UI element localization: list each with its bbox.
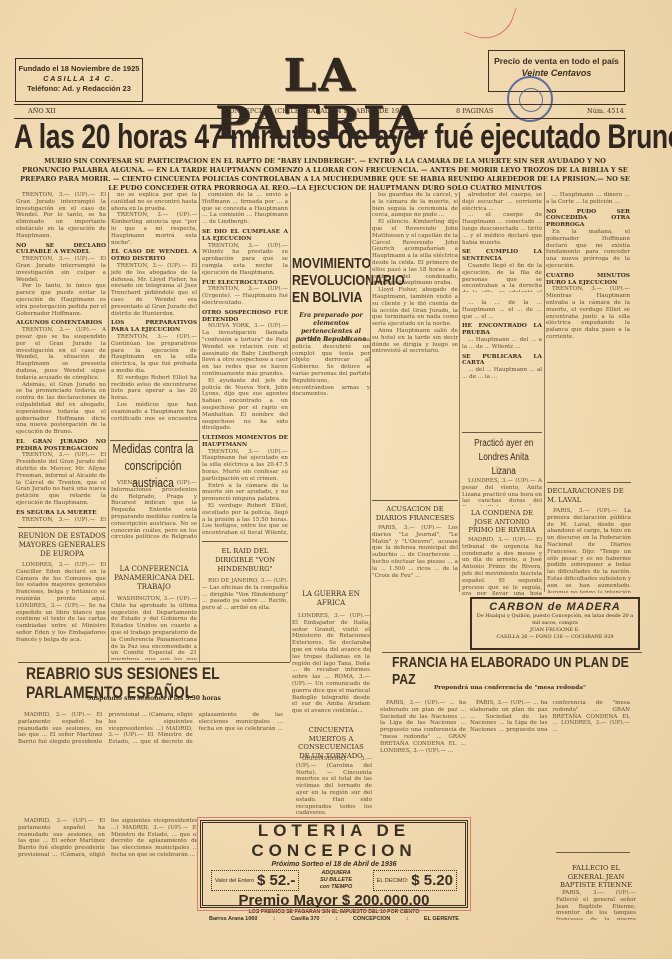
subheading: ULTIMOS MOMENTOS DE HAUPTMANN [202, 435, 288, 449]
bolivia-headline: MOVIMIENTO REVOLUCIONARIO EN BOLIVIA [292, 255, 374, 306]
carbon-contact: CASILLA 26 — FONO 136 — COCHRANE 829 [472, 634, 638, 641]
paragraph: TRENTON, 3.— (UP).— Continúan los prepar… [111, 334, 197, 375]
paragraph: TRENTON, 3.— (UP).— Wilentz ha prestado … [202, 243, 288, 277]
dateline: CONCEPCION (CHILE), SABADO 4 DE ABRIL DE… [224, 105, 408, 118]
po-box: CASILLA 14 C. [16, 74, 142, 84]
lead-headline: A las 20 horas 47 minutos de ayer fué ej… [14, 118, 496, 156]
primo-body: MADRID, 3.— (UP).— El tribunal de urgenc… [462, 537, 542, 595]
paragraph: TRENTON, 3.— (UP).— El Fiscal Hauck, int… [16, 517, 106, 522]
lottery-title: LOTERIA DE CONCEPCION [203, 821, 465, 861]
red-pencil-mark [464, 0, 517, 47]
etienne-body: PARIS, 3.— (UP).— Falleció el general se… [556, 890, 636, 920]
entero-label: Valor del Entero [215, 878, 254, 884]
decimo-price-box: EL DECIMO: $ 5.20 [373, 870, 457, 891]
column-1: TRENTON, 3.— (UP).— El Gran Jurado inter… [16, 192, 106, 522]
paragraph: El verdugo Robert Elliot ha recibido avi… [111, 375, 197, 402]
section-rule [462, 432, 542, 433]
francia-headline: FRANCIA HA ELABORADO UN PLAN DE PAZ [392, 655, 638, 688]
column-2: no se explica por qué la cantidad no se … [111, 192, 197, 420]
reunion-body: LONDRES, 3.— (UP).— El Canciller Eden de… [16, 562, 106, 662]
column-rule [544, 192, 545, 592]
subheading: HE ENCONTRADO LA PRUEBA [462, 323, 542, 337]
decimo-value: $ 5.20 [411, 872, 453, 889]
francia-subhead: Propondrá una conferencia de "mesa redon… [380, 685, 640, 691]
subheading: NO SE DECLARO CULPABLE A WENDEL [16, 243, 106, 257]
subheading: NO PUDO SER CONCEDIDA OTRA PRORROGA [546, 209, 630, 229]
paragraph: TRENTON, 3.— (UP).— El jefe de los aboga… [111, 263, 197, 317]
price-box: Precio de venta en todo el país Veinte C… [488, 50, 625, 92]
anita-headline: Practicó ayer en Londres Anita Lizana [466, 437, 541, 479]
section-rule [18, 662, 290, 663]
paragraph: Entró a la cámara de la muerte sin ser a… [202, 483, 288, 503]
column-3: comisión de la ... envió a Hoffmann ... … [202, 192, 288, 537]
price-amount: Veinte Centavos [489, 67, 624, 79]
paragraph: Los médicos que han examinado a Hauptman… [111, 402, 197, 420]
hindenburg-headline: EL RAID DEL DIRIGIBLE "VON HINDENBURG" [202, 547, 288, 574]
subheading: OTRO SOSPECHOSO FUE DETENIDO [202, 310, 288, 324]
founded-info-box: Fundado el 18 Noviembre de 1925 CASILLA … [15, 58, 143, 102]
section-rule [18, 527, 106, 528]
carbon-seller: JUAN FRUGONE E. [472, 627, 638, 634]
francia-body-left: PARIS, 3.— (UP).— ... ha elaborado un pl… [380, 700, 466, 815]
subheading: SE DIO EL CUMPLASE A LA EJECUCION [202, 229, 288, 243]
paragraph: TRENTON, 3.— (UP).— El Gran Jurado inter… [16, 256, 106, 283]
column-5: alrededor del cuerpo, se dejó escuchar .… [462, 192, 542, 292]
paragraph: TRENTON, 3.— (UP).— A pesar que se ha su… [16, 327, 106, 381]
acusacion-headline: ACUSACION DE DIARIOS FRANCESES [372, 505, 458, 522]
issue-number: Núm. 4514 [587, 105, 624, 118]
paragraph: alrededor del cuerpo, se dejó escuchar .… [462, 192, 542, 212]
tornado-body: GREENSBORO, 3.— (UP).— (Carolina del Nor… [296, 756, 372, 816]
guerra-body: LONDRES, 3.— (UP).— El Embajador de Ital… [292, 613, 370, 725]
paragraph: NUEVA YORK, 3.— (UP).— La investigación … [202, 323, 288, 377]
entero-price-box: Valor del Entero $ 52.- [211, 870, 299, 891]
paragraph: ... del ... Hauptmann ... al ... de ... … [462, 367, 542, 381]
paragraph: no se explica por qué la cantidad no se … [111, 192, 197, 212]
paragraph: El verdugo Robert Elliot, escoltado por … [202, 503, 288, 537]
paragraph: El ayudante del jefe de policía de Nueva… [202, 378, 288, 432]
paragraph: comisión de la ... envió a Hoffmann ... … [202, 192, 288, 226]
paragraph: ... la ... de la ... Hauptmann ... el ..… [462, 300, 542, 320]
paragraph: los guardias de la cárcel, y a la cámara… [372, 192, 458, 219]
section-rule [382, 652, 642, 653]
subheading: EL GRAN JURADO NO PEDIRA POSTERGACION [16, 439, 106, 453]
buy-early-notice: ADQUIERA SU BILLETE con TIEMPO [320, 870, 352, 891]
etienne-headline: FALLECIO EL GENERAL JEAN BAPTISTE ETIENN… [556, 864, 636, 890]
paragraph: TRENTON, 3.— (UP).— El Presidente del Gr… [16, 452, 106, 506]
subheading: SE CUMPLIO LA SENTENCIA [462, 249, 542, 263]
column-rule [459, 192, 460, 592]
decimo-label: EL DECIMO: [377, 878, 409, 884]
column-rule [370, 192, 371, 652]
subheading: ES SEGURA LA MUERTE [16, 510, 106, 517]
paragraph: Además, el Gran Jurado no se ha pronunci… [16, 382, 106, 436]
paragraph: ... Hauptmann ... del ... a la ... de ..… [462, 337, 542, 351]
paragraph: ... Hauptmann ... dinero ... a la Corte … [546, 192, 630, 206]
entero-value: $ 52.- [257, 872, 295, 889]
parlamento-subhead: Suspendió sus sesiones a las 5.30 horas [18, 696, 290, 703]
section-rule [202, 541, 288, 542]
paragraph: TRENTON, 3.— (UP).— Hauptmann fué ejecut… [202, 449, 288, 483]
parlamento-body-cont: MADRID, 3.— (UP).— El parlamento español… [18, 818, 198, 953]
medidas-body: VIENA, 3.— (UP).— Informaciones proceden… [111, 480, 197, 540]
subheading: CUATRO MINUTOS DURO LA EJECUCION [546, 273, 630, 287]
paragraph: Lloyd Fisher, abogado de Hauptmann, tamb… [372, 287, 458, 328]
paragraph: Anna Hauptmann salió de su hotel en la t… [372, 328, 458, 355]
paragraph: TRENTON, 3.— (UP).— Kimberling anuncia q… [111, 212, 197, 246]
tornado-headline: CINCUENTA MUERTOS A CONSECUENCIAS DE UN … [292, 726, 370, 760]
section-rule [547, 482, 631, 483]
info-bar: AÑO XII CONCEPCION (CHILE), SABADO 4 DE … [14, 104, 626, 119]
subheading: SE PUBLICARA LA CARTA [462, 354, 542, 368]
conferencia-body: WASHINGTON, 3.— (UP).— Chile ha aprobado… [111, 596, 197, 660]
carbon-title: CARBON de MADERA [472, 601, 638, 613]
paragraph: TRENTON, 3.— (UP).— Mientras Hauptmann e… [546, 286, 630, 340]
telephone: Teléfono: Ad. y Redacción 23 [16, 84, 142, 94]
subheading: LOS PREPARATIVOS PARA LA EJECUCION [111, 320, 197, 334]
bolivia-body: LA PAZ, 3.— (UP).— La policía descubrió … [292, 337, 370, 447]
reunion-headline: REUNION DE ESTADOS MAYORES GENERALES DE … [16, 532, 108, 559]
subheading: EL CASO DE WENDEL A OTRO DISTRITO [111, 249, 197, 263]
page-count: 8 PAGINAS [456, 105, 493, 118]
section-rule [556, 852, 630, 853]
paragraph: Cuando llegó el fin de la ejecución, de … [462, 263, 542, 292]
newspaper-page: Fundado el 18 Noviembre de 1925 CASILLA … [0, 0, 672, 959]
paragraph: TRENTON, 3.— (UP).— (Urgente). — Hauptma… [202, 286, 288, 306]
section-rule [372, 500, 458, 501]
lead-subhead: MURIO SIN CONFESAR SU PARTICIPACION EN E… [20, 157, 630, 193]
lottery-draw-date: Próximo Sorteo el 18 de Abril de 1936 [203, 861, 465, 868]
paragraph: Por lo tanto, lo único que parece que pu… [16, 283, 106, 317]
paragraph: En la mañana, el gobernador Hoffmann dec… [546, 229, 630, 270]
hindenburg-body: RIO DE JANEIRO, 3.— (UP).— Las oficinas … [202, 578, 288, 660]
lottery-ad: LOTERIA DE CONCEPCION Próximo Sorteo el … [200, 820, 468, 908]
anita-body: LONDRES, 3.— (UP).— A pesar del viento, … [462, 478, 542, 506]
guerra-headline: LA GUERRA EN AFRICA [292, 590, 370, 608]
lottery-footer: Barros Arana 1060: Casilla 370: CONCEPCI… [203, 915, 465, 923]
paragraph: TRENTON, 3.— (UP).— El Gran Jurado inter… [16, 192, 106, 240]
column-rule [290, 192, 291, 662]
paragraph: ... el cuerpo de Hauptmann ... conectado… [462, 212, 542, 246]
laval-body: PARIS, 3.— (UP).— La primera declaración… [547, 508, 631, 593]
column-rule [199, 192, 200, 662]
acusacion-body: PARIS, 3.— (UP).— Los diarios "Le Journa… [372, 525, 458, 593]
founded-date: Fundado el 18 Noviembre de 1925 [16, 64, 142, 74]
grand-prize: Premio Mayor $ 200.000.00 [203, 892, 465, 909]
francia-body: PARIS, 3.— (UP).— ... ha elaborado un pl… [470, 700, 630, 840]
column-rule [108, 192, 109, 662]
conferencia-headline: LA CONFERENCIA PANAMERICANA DEL TRABAJO [110, 565, 198, 592]
carbon-desc: De Hualqui y Quillón, puesto Concepción,… [472, 613, 638, 627]
price-label: Precio de venta en todo el país [489, 55, 624, 67]
parlamento-body: MADRID, 3.— (UP).— El parlamento español… [18, 712, 283, 812]
primo-headline: LA CONDENA DE JOSE ANTONIO PRIMO DE RIVE… [462, 509, 542, 535]
carbon-ad: CARBON de MADERA De Hualqui y Quillón, p… [470, 597, 640, 650]
laval-headline: DECLARACIONES DE M. LAVAL [547, 487, 631, 504]
column-6: ... Hauptmann ... dinero ... a la Corte … [546, 192, 630, 472]
column-7: ... la ... de la ... Hauptmann ... el ..… [462, 300, 542, 400]
year-label: AÑO XII [28, 105, 56, 118]
